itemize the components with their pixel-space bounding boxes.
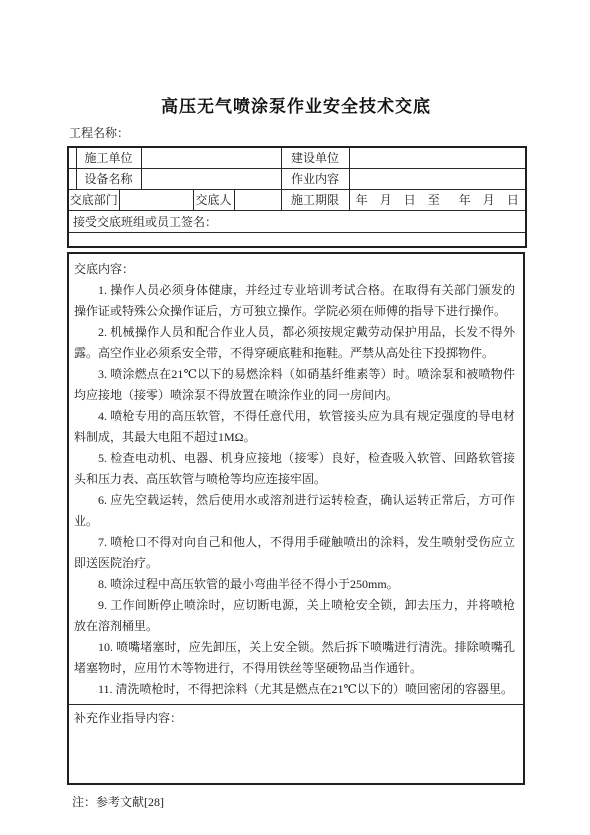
content-item-5: 5. 检查电动机、电器、机身应接地（接零）良好，检查吸入软管、回路软管接头和压力… xyxy=(74,448,515,490)
header-row-signature: 接受交底班组或员工签名： xyxy=(68,210,526,232)
construction-unit-label: 施工单位 xyxy=(76,147,141,168)
supplement-label: 补充作业指导内容： xyxy=(74,710,515,727)
period-month-1: 月 xyxy=(380,191,392,208)
content-item-9: 9. 工作间断停止喷涂时，应切断电源，关上喷枪安全锁，卸去压力，并将喷枪放在溶剂… xyxy=(74,595,515,637)
supplement-cell: 补充作业指导内容： xyxy=(68,705,524,784)
project-name-label: 工程名称： xyxy=(67,125,525,141)
content-item-4: 4. 喷枪专用的高压软管，不得任意代用，软管接头应为具有规定强度的导电材料制成，… xyxy=(74,406,515,448)
content-item-2: 2. 机械操作人员和配合作业人员，都必须按规定戴劳动保护用品，长发不得外露。高空… xyxy=(74,322,515,364)
construction-unit-value-cell xyxy=(141,147,281,168)
content-item-8: 8. 喷涂过程中高压软管的最小弯曲半径不得小于250mm。 xyxy=(74,574,515,595)
period-year-1: 年 xyxy=(356,191,368,208)
page-title: 高压无气喷涂泵作业安全技术交底 xyxy=(67,96,525,117)
content-item-3: 3. 喷涂燃点在21℃以下的易燃涂料（如硝基纤维素等）时。喷涂泵和被喷物件均应接… xyxy=(74,364,515,406)
work-content-label: 作业内容 xyxy=(281,168,349,189)
period-month-2: 月 xyxy=(483,191,495,208)
header-row-3: 交底部门 交底人 施工期限 年月日至年月日 xyxy=(68,189,526,210)
work-content-value-cell xyxy=(349,168,526,189)
disclosure-content-row: 交底内容： 1. 操作人员必须身体健康，并经过专业培训考试合格。在取得有关部门颁… xyxy=(68,253,524,705)
header-row-signature-space xyxy=(68,232,526,247)
narrow-blank-cell xyxy=(68,168,76,189)
equipment-name-label: 设备名称 xyxy=(76,168,141,189)
content-item-10: 10. 喷嘴堵塞时，应先卸压，关上安全锁。然后拆下喷嘴进行清洗。排除喷嘴孔堵塞物… xyxy=(74,637,515,679)
equipment-name-value-cell xyxy=(141,168,281,189)
content-item-1: 1. 操作人员必须身体健康，并经过专业培训考试合格。在取得有关部门颁发的操作证或… xyxy=(74,280,515,322)
content-item-11: 11. 清洗喷枪时，不得把涂料（尤其是燃点在21℃以下的）喷回密闭的容器里。 xyxy=(74,679,515,700)
reference-note: 注：参考文献[28] xyxy=(67,794,525,810)
header-row-2: 设备名称 作业内容 xyxy=(68,168,526,189)
content-item-7: 7. 喷枪口不得对向自己和他人，不得用手碰触喷出的涂料，发生喷射受伤应立即送医院… xyxy=(74,532,515,574)
narrow-blank-cell xyxy=(68,147,76,168)
construction-period-label: 施工期限 xyxy=(281,189,349,210)
period-day-1: 日 xyxy=(404,191,416,208)
period-year-2: 年 xyxy=(459,191,471,208)
disclosure-content-cell: 交底内容： 1. 操作人员必须身体健康，并经过专业培训考试合格。在取得有关部门颁… xyxy=(68,253,524,705)
construction-period-value-cell: 年月日至年月日 xyxy=(349,189,526,210)
discloser-label: 交底人 xyxy=(193,189,234,210)
disclosure-dept-label: 交底部门 xyxy=(68,189,119,210)
content-table: 交底内容： 1. 操作人员必须身体健康，并经过专业培训考试合格。在取得有关部门颁… xyxy=(67,252,525,785)
header-row-1: 施工单位 建设单位 xyxy=(68,147,526,168)
period-day-2: 日 xyxy=(507,191,519,208)
build-unit-value-cell xyxy=(349,147,526,168)
document-page: 高压无气喷涂泵作业安全技术交底 工程名称： 施工单位 建设单位 设备名称 作业内… xyxy=(0,0,590,835)
discloser-value-cell xyxy=(234,189,281,210)
disclosure-dept-value-cell xyxy=(119,189,193,210)
build-unit-label: 建设单位 xyxy=(281,147,349,168)
signature-label: 接受交底班组或员工签名： xyxy=(68,210,526,232)
supplement-row: 补充作业指导内容： xyxy=(68,705,524,784)
disclosure-content-heading: 交底内容： xyxy=(74,259,515,280)
header-table: 施工单位 建设单位 设备名称 作业内容 交底部门 交底人 施工期限 年月日至年月… xyxy=(67,146,527,248)
period-to: 至 xyxy=(428,191,440,208)
content-item-6: 6. 应先空载运转，然后使用水或溶剂进行运转检查，确认运转正常后，方可作业。 xyxy=(74,490,515,532)
signature-blank-cell xyxy=(68,232,526,247)
